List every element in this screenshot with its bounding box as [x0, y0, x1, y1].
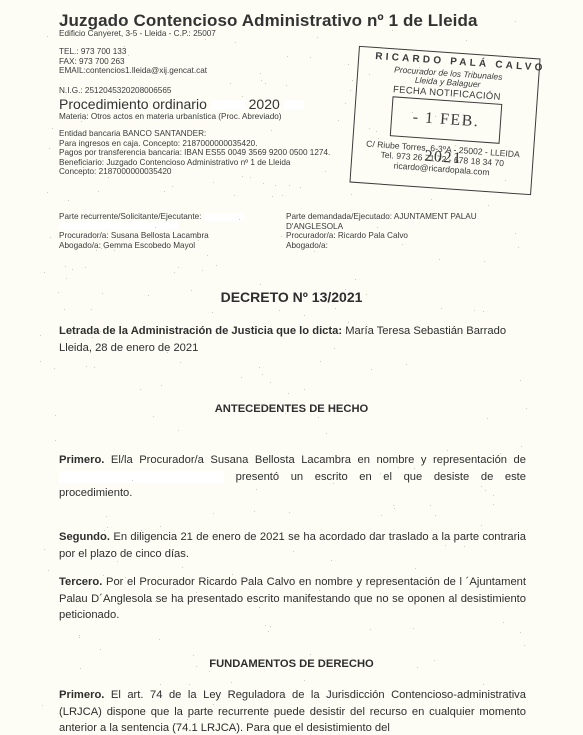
redaction-block [284, 100, 304, 110]
redaction-block [59, 471, 224, 483]
antecedente-segundo: Segundo. En diligencia 21 de enero de 20… [59, 529, 526, 562]
bank-iban: Pagos por transferencia bancaria: IBAN E… [59, 148, 330, 158]
bank-concept: Concepto: 2187000000035420 [59, 167, 330, 177]
bank-beneficiary: Beneficiario: Juzgado Contencioso Admini… [59, 158, 330, 168]
document-page: Juzgado Contencioso Administrativo nº 1 … [0, 0, 583, 735]
fundamento-primero: Primero. El art. 74 de la Ley Reguladora… [59, 687, 526, 735]
party-recurrente: Parte recurrente/Solicitante/Ejecutante:… [59, 212, 244, 250]
bank-entity: Entidad bancaria BANCO SANTANDER: [59, 129, 330, 139]
antecedente-primero: Primero. El/la Procurador/a Susana Bello… [59, 452, 526, 502]
letrada-block: Letrada de la Administración de Justicia… [59, 323, 526, 356]
letrada-name: María Teresa Sebastián Barrado [345, 325, 506, 337]
fundamentos-heading: FUNDAMENTOS DE DERECHO [0, 658, 583, 670]
procedure-title: Procedimiento ordinario 2020 [59, 96, 304, 112]
recurrente-abogado: Abogado/a: Gemma Escobedo Mayol [59, 241, 244, 251]
demandada-line2: D'ANGLESOLA [286, 222, 477, 232]
court-address: Edificio Canyeret, 3-5 - Lleida - C.P.: … [59, 29, 216, 39]
recurrente-procurador: Procurador/a: Susana Bellosta Lacambra [59, 231, 244, 241]
nig-number: N.I.G.: 2512045320208006565 [59, 86, 171, 96]
redaction-block [204, 213, 244, 221]
redaction-block [211, 100, 245, 110]
demandada-procurador: Procurador/a: Ricardo Pala Calvo [286, 231, 477, 241]
recurrente-label: Parte recurrente/Solicitante/Ejecutante: [59, 212, 201, 221]
bank-details: Entidad bancaria BANCO SANTANDER: Para i… [59, 129, 330, 177]
court-tel: TEL.: 973 700 133 [59, 47, 207, 57]
procedure-materia: Materia: Otros actos en materia urbaníst… [59, 112, 282, 122]
bank-cash-concept: Para ingresos en caja. Concepto: 2187000… [59, 139, 330, 149]
antecedentes-heading: ANTECEDENTES DE HECHO [0, 403, 583, 415]
party-demandada: Parte demandada/Ejecutado: AJUNTAMENT PA… [286, 212, 477, 250]
antecedente-tercero: Tercero. Por el Procurador Ricardo Pala … [59, 574, 526, 624]
demandada-abogado: Abogado/a: [286, 241, 477, 251]
stamp-address: C/ Riube Torres, 6-3ºA - 25002 - LLEIDA … [351, 138, 533, 180]
notification-stamp: RICARDO PALÁ CALVO Procurador de los Tri… [349, 46, 540, 195]
stamp-date: - 1 FEB. 2021 [390, 96, 503, 144]
place-date: Lleida, 28 de enero de 2021 [59, 340, 526, 357]
demandada-line1: Parte demandada/Ejecutado: AJUNTAMENT PA… [286, 212, 477, 222]
procedure-prefix: Procedimiento ordinario [59, 96, 207, 112]
court-contact: TEL.: 973 700 133 FAX: 973 700 263 EMAIL… [59, 47, 207, 76]
procedure-year: 2020 [249, 96, 280, 112]
letrada-label: Letrada de la Administración de Justicia… [59, 325, 342, 337]
court-fax: FAX: 973 700 263 [59, 57, 207, 67]
decree-title: DECRETO Nº 13/2021 [0, 289, 583, 305]
redaction-block [59, 222, 179, 230]
